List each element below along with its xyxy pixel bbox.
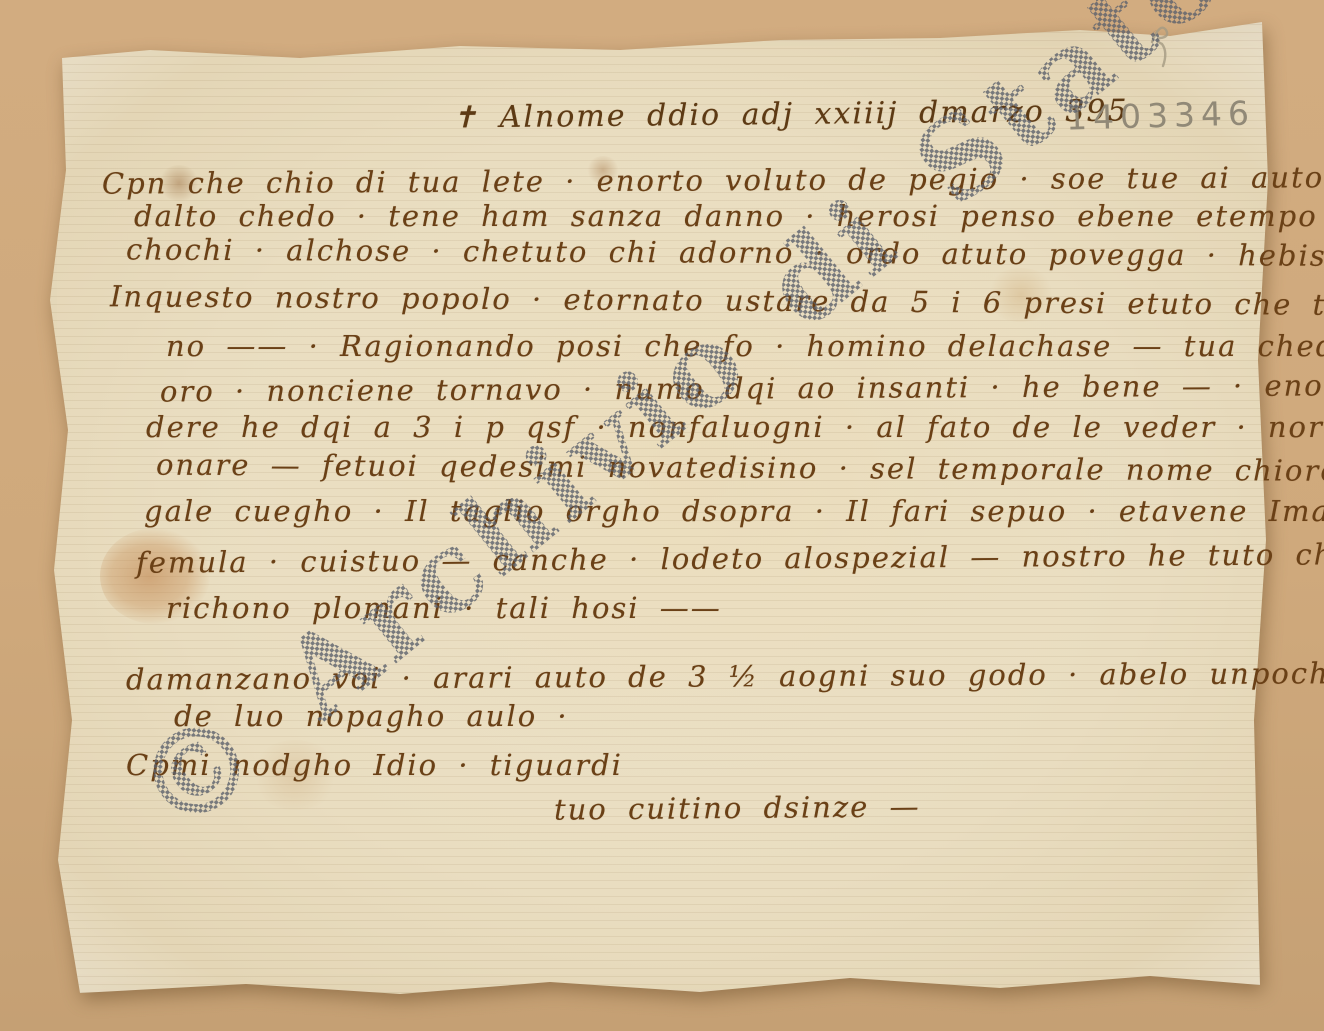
archival-number: 1403346 xyxy=(1065,93,1255,137)
heading-line: ✝ Alnome ddio adj xxiiij dmarzo 395 xyxy=(452,96,1129,133)
manuscript-line: dalto chedo · tene ham sanza danno · her… xyxy=(134,202,1324,231)
manuscript-line: chochi · alchose · chetuto chi adorno · … xyxy=(126,235,1324,271)
manuscript-line: no —— · Ragionando posi che fo · homino … xyxy=(166,332,1324,361)
manuscript-line: onare — fetuoi qedesimi novatedisino · s… xyxy=(156,451,1324,487)
manuscript-line: Cpn che chio di tua lete · enorto voluto… xyxy=(102,162,1324,198)
signature-line: tuo cuitino dsinze — xyxy=(554,792,921,824)
manuscript-scan: ✝ Alnome ddio adj xxiiij dmarzo 395 Cpn … xyxy=(0,0,1324,1031)
manuscript-line: de luo nopagho aulo · xyxy=(174,702,569,731)
manuscript-line: dere he dqi a 3 i p qsf · nonfaluogni · … xyxy=(146,413,1324,442)
manuscript-line: oro · nonciene tornavo · numo dqi ao ins… xyxy=(160,371,1324,407)
manuscript-line: Cpmi nodgho Idio · tiguardi xyxy=(126,751,623,780)
pencil-mark-icon xyxy=(1146,14,1180,70)
manuscript-line: gale cuegho · Il taglio orgho dsopra · I… xyxy=(144,497,1324,526)
manuscript-line: femula · cuistuo — canche · lodeto alosp… xyxy=(136,539,1324,577)
manuscript-line: richono plomani · tali hosi —— xyxy=(166,594,722,623)
manuscript-line: damanzano voi · arari auto de 3 ½ aogni … xyxy=(126,658,1324,694)
